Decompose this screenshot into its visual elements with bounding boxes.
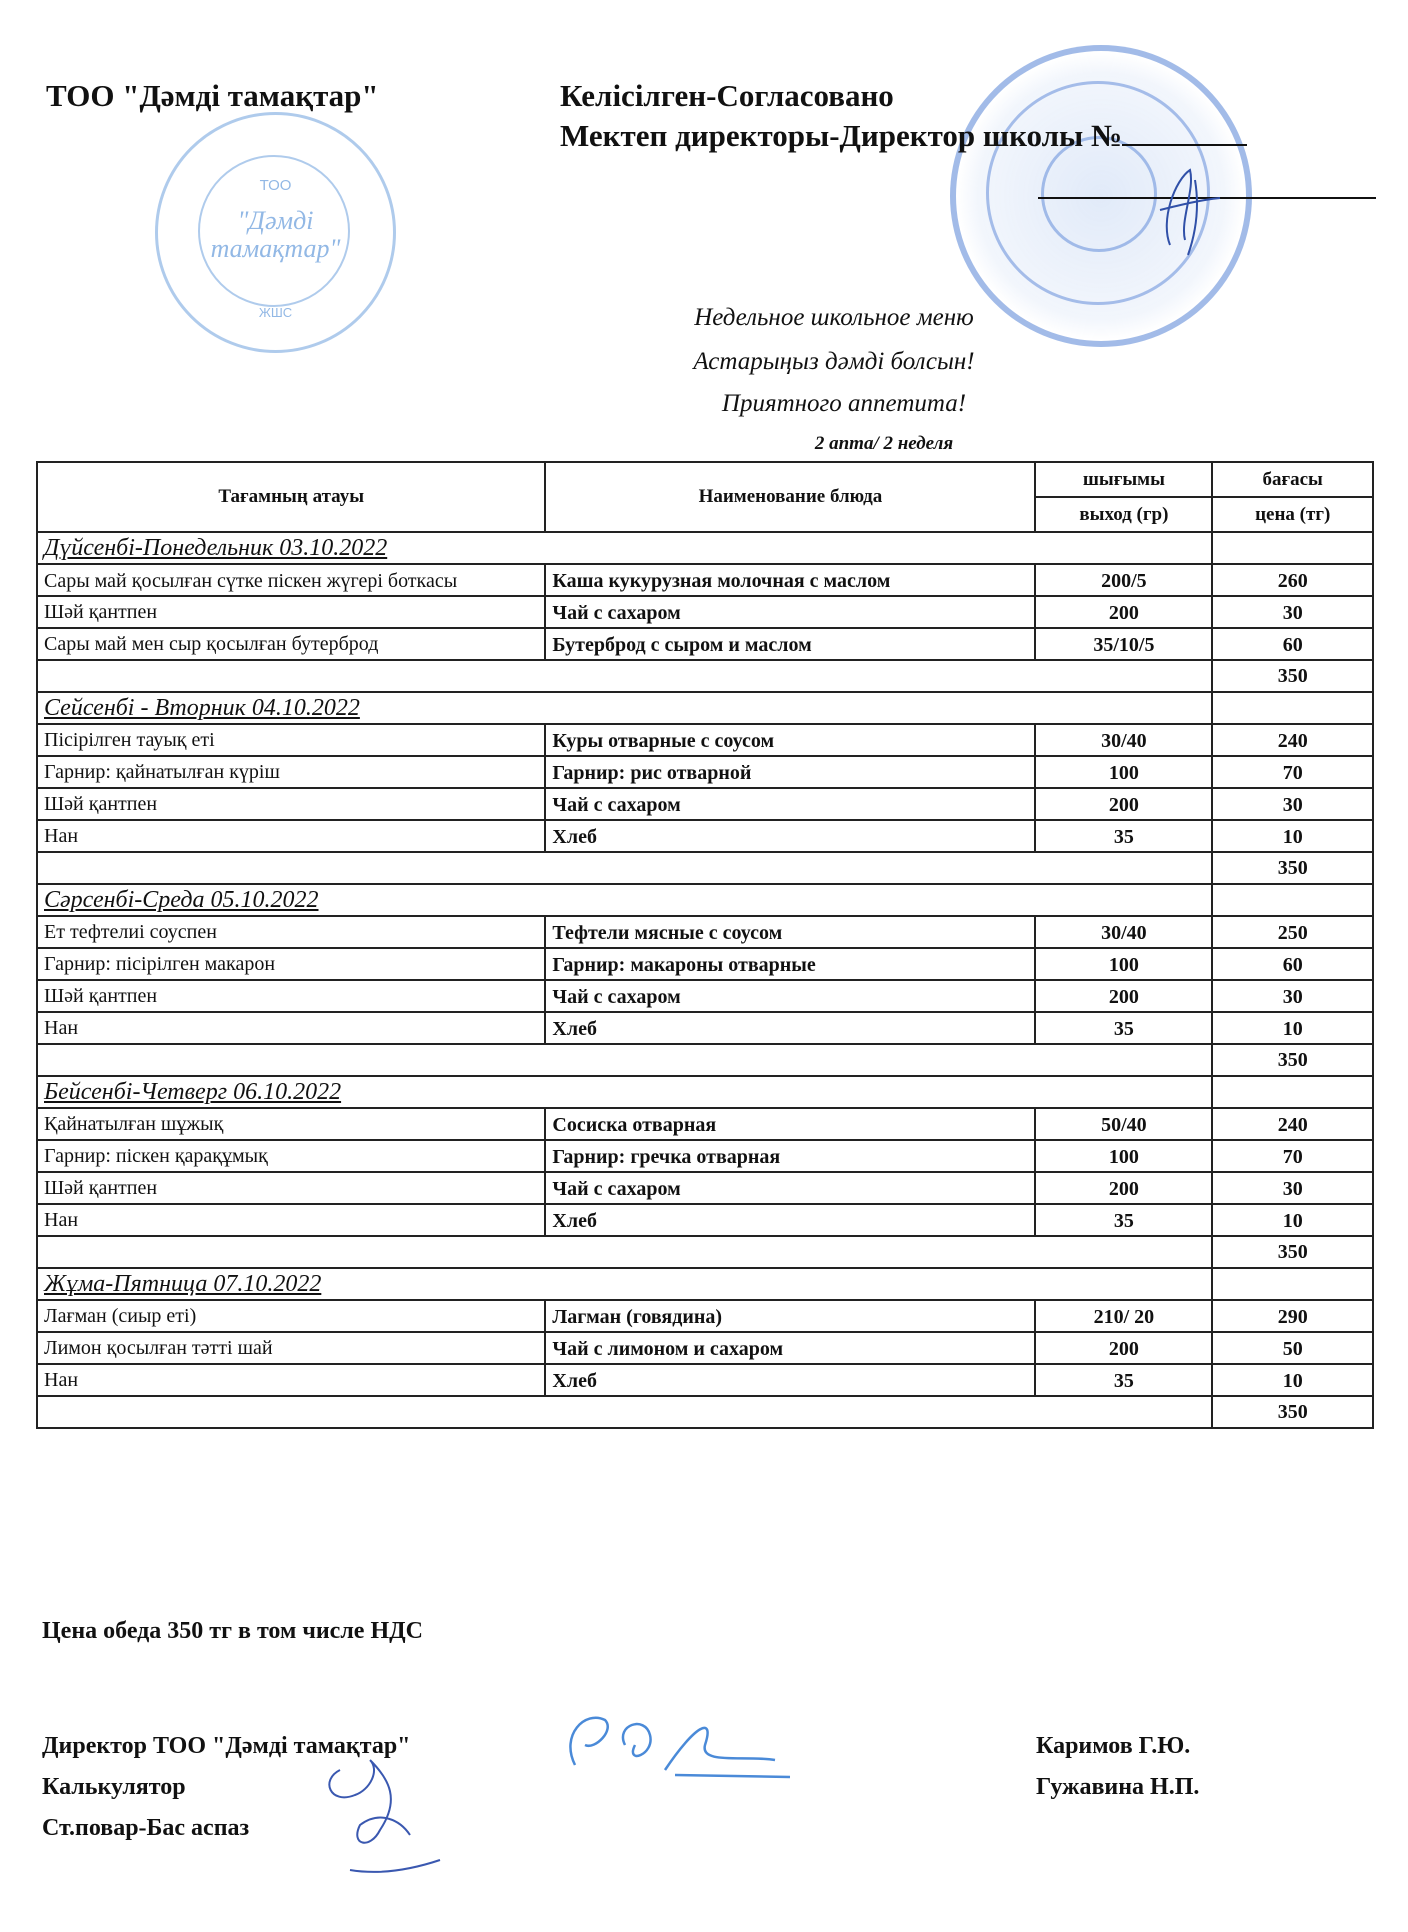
day-title-text: Жұма-Пятница 07.10.2022	[44, 1271, 321, 1297]
dish-name-ru: Лагман (говядина)	[545, 1300, 1035, 1332]
day-title: Жұма-Пятница 07.10.2022	[37, 1268, 1212, 1300]
signatory-name: Каримов Г.Ю.	[1036, 1733, 1190, 1760]
day-title-text: Бейсенбі-Четверг 06.10.2022	[44, 1079, 341, 1105]
signatory-name: Гужавина Н.П.	[1036, 1774, 1199, 1801]
dish-name-kz: Лимон қосылған тәтті шай	[37, 1332, 545, 1364]
day-total-row: 350	[37, 1396, 1373, 1428]
dish-name-ru: Куры отварные с соусом	[545, 724, 1035, 756]
header-price-ru: цена (тг)	[1212, 497, 1373, 532]
dish-price: 30	[1212, 788, 1373, 820]
day-header-row: Жұма-Пятница 07.10.2022	[37, 1268, 1373, 1300]
dish-name-ru: Чай с сахаром	[545, 1172, 1035, 1204]
dish-name-ru: Хлеб	[545, 1364, 1035, 1396]
dish-name-ru: Хлеб	[545, 1012, 1035, 1044]
dish-price: 60	[1212, 628, 1373, 660]
dish-price: 290	[1212, 1300, 1373, 1332]
dish-name-kz: Шәй қантпен	[37, 788, 545, 820]
header-name-ru: Наименование блюда	[545, 462, 1035, 532]
dish-yield: 100	[1035, 1140, 1212, 1172]
school-number-blank	[1122, 120, 1247, 146]
table-row: Шәй қантпенЧай с сахаром20030	[37, 1172, 1373, 1204]
dish-price: 240	[1212, 724, 1373, 756]
dish-price: 50	[1212, 1332, 1373, 1364]
dish-yield: 35	[1035, 1204, 1212, 1236]
dish-name-kz: Сары май қосылған сүтке піскен жүгері бо…	[37, 564, 545, 596]
day-total-value: 350	[1212, 1236, 1373, 1268]
dish-name-ru: Бутерброд с сыром и маслом	[545, 628, 1035, 660]
week-label: 2 апта/ 2 неделя	[180, 433, 1408, 455]
dish-name-ru: Гарнир: макароны отварные	[545, 948, 1035, 980]
day-total-value: 350	[1212, 1044, 1373, 1076]
day-total-label-cell	[37, 1396, 1212, 1428]
dish-name-ru: Чай с лимоном и сахаром	[545, 1332, 1035, 1364]
company-stamp-top-text: ТОО	[158, 177, 393, 194]
dish-yield: 35	[1035, 1012, 1212, 1044]
company-title: ТОО "Дәмді тамақтар"	[46, 78, 379, 114]
dish-name-kz: Шәй қантпен	[37, 980, 545, 1012]
dish-name-ru: Чай с сахаром	[545, 980, 1035, 1012]
day-title: Сәрсенбі-Среда 05.10.2022	[37, 884, 1212, 916]
dish-yield: 200	[1035, 788, 1212, 820]
table-row: Сары май қосылған сүтке піскен жүгері бо…	[37, 564, 1373, 596]
dish-name-ru: Гарнир: гречка отварная	[545, 1140, 1035, 1172]
day-total-label-cell	[37, 1236, 1212, 1268]
dish-price: 70	[1212, 1140, 1373, 1172]
day-header-row: Дүйсенбі-Понедельник 03.10.2022	[37, 532, 1373, 564]
day-title-text: Сәрсенбі-Среда 05.10.2022	[44, 887, 319, 913]
company-stamp-name: "Дәмді тамақтар"	[158, 207, 393, 263]
dish-name-ru: Хлеб	[545, 1204, 1035, 1236]
dish-yield: 200	[1035, 1172, 1212, 1204]
day-total-label-cell	[37, 660, 1212, 692]
table-row: Лағман (сиыр еті)Лагман (говядина)210/ 2…	[37, 1300, 1373, 1332]
calculator-chef-signature-icon	[310, 1750, 460, 1880]
dish-name-kz: Қайнатылған шұжық	[37, 1108, 545, 1140]
dish-name-kz: Гарнир: қайнатылған күріш	[37, 756, 545, 788]
day-total-row: 350	[37, 1044, 1373, 1076]
menu-table-body: Дүйсенбі-Понедельник 03.10.2022Сары май …	[37, 532, 1373, 1428]
dish-price: 250	[1212, 916, 1373, 948]
dish-name-kz: Шәй қантпен	[37, 596, 545, 628]
dish-name-kz: Гарнир: піскен қарақұмық	[37, 1140, 545, 1172]
dish-price: 10	[1212, 820, 1373, 852]
bon-appetit-ru: Приятного аппетита!	[140, 390, 1408, 418]
table-row: Лимон қосылған тәтті шайЧай с лимоном и …	[37, 1332, 1373, 1364]
director-signature-line	[1038, 197, 1376, 199]
dish-price: 30	[1212, 596, 1373, 628]
day-total-label-cell	[37, 852, 1212, 884]
day-title: Сейсенбі - Вторник 04.10.2022	[37, 692, 1212, 724]
school-director-line: Мектеп директоры-Директор школы №	[560, 118, 1247, 154]
school-director-label: Мектеп директоры-Директор школы №	[560, 118, 1122, 153]
dish-yield: 30/40	[1035, 724, 1212, 756]
signatory-role: Калькулятор	[42, 1774, 186, 1801]
dish-price: 260	[1212, 564, 1373, 596]
table-row: НанХлеб3510	[37, 1204, 1373, 1236]
dish-yield: 30/40	[1035, 916, 1212, 948]
lunch-price-note: Цена обеда 350 тг в том числе НДС	[42, 1618, 423, 1645]
school-stamp-ring	[986, 81, 1210, 305]
dish-price: 240	[1212, 1108, 1373, 1140]
dish-yield: 200	[1035, 596, 1212, 628]
dish-name-ru: Чай с сахаром	[545, 788, 1035, 820]
day-title-text: Сейсенбі - Вторник 04.10.2022	[44, 695, 360, 721]
day-title-price-cell	[1212, 1268, 1373, 1300]
dish-name-kz: Гарнир: пісірілген макарон	[37, 948, 545, 980]
dish-yield: 50/40	[1035, 1108, 1212, 1140]
dish-name-ru: Сосиска отварная	[545, 1108, 1035, 1140]
dish-yield: 35/10/5	[1035, 628, 1212, 660]
weekly-menu-title: Недельное школьное меню	[130, 304, 1408, 332]
header-name-kz: Тағамның атауы	[37, 462, 545, 532]
signatory-role: Директор ТОО "Дәмді тамақтар"	[42, 1733, 411, 1760]
dish-price: 10	[1212, 1012, 1373, 1044]
table-row: Гарнир: піскен қарақұмықГарнир: гречка о…	[37, 1140, 1373, 1172]
table-row: Сары май мен сыр қосылған бутербродБутер…	[37, 628, 1373, 660]
dish-price: 10	[1212, 1364, 1373, 1396]
table-row: Қайнатылған шұжықСосиска отварная50/4024…	[37, 1108, 1373, 1140]
dish-name-kz: Сары май мен сыр қосылған бутерброд	[37, 628, 545, 660]
school-stamp	[950, 45, 1252, 347]
dish-price: 30	[1212, 980, 1373, 1012]
table-row: Шәй қантпенЧай с сахаром20030	[37, 596, 1373, 628]
dish-name-kz: Лағман (сиыр еті)	[37, 1300, 545, 1332]
day-total-value: 350	[1212, 660, 1373, 692]
table-row: НанХлеб3510	[37, 1364, 1373, 1396]
header-price-kz: бағасы	[1212, 462, 1373, 497]
dish-name-kz: Нан	[37, 1364, 545, 1396]
dish-name-kz: Шәй қантпен	[37, 1172, 545, 1204]
dish-price: 70	[1212, 756, 1373, 788]
dish-yield: 100	[1035, 948, 1212, 980]
day-title-price-cell	[1212, 1076, 1373, 1108]
dish-yield: 35	[1035, 820, 1212, 852]
dish-name-kz: Нан	[37, 1204, 545, 1236]
dish-price: 60	[1212, 948, 1373, 980]
dish-name-ru: Каша кукурузная молочная с маслом	[545, 564, 1035, 596]
table-row: Гарнир: пісірілген макаронГарнир: макаро…	[37, 948, 1373, 980]
dish-name-kz: Пісірілген тауық еті	[37, 724, 545, 756]
day-title: Бейсенбі-Четверг 06.10.2022	[37, 1076, 1212, 1108]
table-row: Шәй қантпенЧай с сахаром20030	[37, 788, 1373, 820]
dish-yield: 210/ 20	[1035, 1300, 1212, 1332]
dish-price: 10	[1212, 1204, 1373, 1236]
day-title-price-cell	[1212, 532, 1373, 564]
dish-yield: 200	[1035, 1332, 1212, 1364]
day-title-text: Дүйсенбі-Понедельник 03.10.2022	[44, 535, 387, 561]
dish-yield: 200/5	[1035, 564, 1212, 596]
dish-name-kz: Ет тефтелиі соуспен	[37, 916, 545, 948]
day-total-row: 350	[37, 660, 1373, 692]
dish-price: 30	[1212, 1172, 1373, 1204]
day-total-value: 350	[1212, 1396, 1373, 1428]
dish-yield: 35	[1035, 1364, 1212, 1396]
header-yield-kz: шығымы	[1035, 462, 1212, 497]
day-total-row: 350	[37, 1236, 1373, 1268]
dish-name-kz: Нан	[37, 820, 545, 852]
table-row: НанХлеб3510	[37, 820, 1373, 852]
dish-yield: 200	[1035, 980, 1212, 1012]
day-total-value: 350	[1212, 852, 1373, 884]
day-header-row: Бейсенбі-Четверг 06.10.2022	[37, 1076, 1373, 1108]
day-header-row: Сейсенбі - Вторник 04.10.2022	[37, 692, 1373, 724]
table-header-row: Тағамның атауы Наименование блюда шығымы…	[37, 462, 1373, 497]
dish-name-ru: Тефтели мясные с соусом	[545, 916, 1035, 948]
bon-appetit-kz: Астарыңыз дәмді болсын!	[130, 348, 1408, 376]
header-yield-ru: выход (гр)	[1035, 497, 1212, 532]
table-row: Шәй қантпенЧай с сахаром20030	[37, 980, 1373, 1012]
signatory-role: Ст.повар-Бас аспаз	[42, 1815, 249, 1842]
company-stamp-inner-ring	[198, 155, 350, 307]
dish-name-ru: Чай с сахаром	[545, 596, 1035, 628]
dish-name-kz: Нан	[37, 1012, 545, 1044]
day-total-row: 350	[37, 852, 1373, 884]
table-row: Пісірілген тауық етіКуры отварные с соус…	[37, 724, 1373, 756]
day-title-price-cell	[1212, 884, 1373, 916]
table-row: НанХлеб3510	[37, 1012, 1373, 1044]
approval-heading: Келісілген-Согласовано	[560, 78, 894, 114]
table-row: Ет тефтелиі соуспенТефтели мясные с соус…	[37, 916, 1373, 948]
menu-table: Тағамның атауы Наименование блюда шығымы…	[36, 461, 1374, 1429]
director-company-signature-icon	[555, 1705, 815, 1805]
day-title: Дүйсенбі-Понедельник 03.10.2022	[37, 532, 1212, 564]
director-signature-icon	[1140, 150, 1230, 260]
dish-name-ru: Хлеб	[545, 820, 1035, 852]
dish-yield: 100	[1035, 756, 1212, 788]
day-total-label-cell	[37, 1044, 1212, 1076]
dish-name-ru: Гарнир: рис отварной	[545, 756, 1035, 788]
table-row: Гарнир: қайнатылған күрішГарнир: рис отв…	[37, 756, 1373, 788]
day-header-row: Сәрсенбі-Среда 05.10.2022	[37, 884, 1373, 916]
day-title-price-cell	[1212, 692, 1373, 724]
